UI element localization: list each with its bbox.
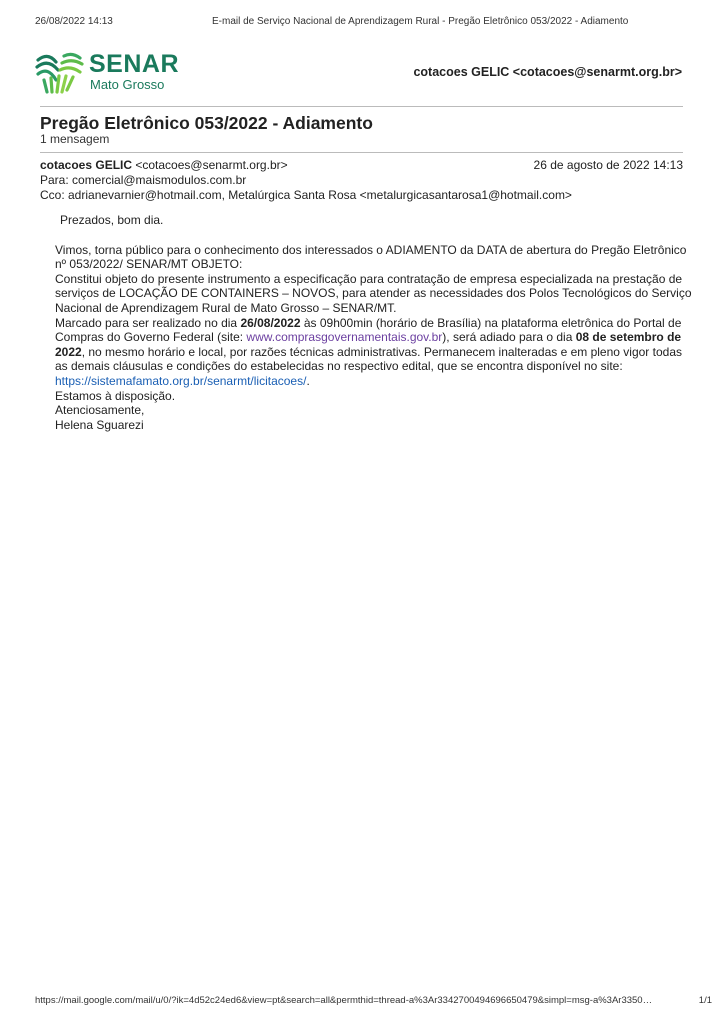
recipient-to: Para: comercial@maismodulos.com.br [40, 173, 683, 188]
text: Marcado para ser realizado no dia [55, 316, 240, 330]
senar-logo: SENAR Mato Grosso [34, 50, 174, 94]
text: ), será adiado para o dia [442, 330, 575, 344]
message-date: 26 de agosto de 2022 14:13 [534, 158, 683, 173]
text: , no mesmo horário e local, por razões t… [55, 345, 682, 374]
divider [40, 106, 683, 107]
signature: Helena Sguarezi [55, 418, 695, 433]
licitacoes-link[interactable]: https://sistemafamato.org.br/senarmt/lic… [55, 374, 306, 388]
print-date: 26/08/2022 14:13 [35, 16, 113, 27]
original-date: 26/08/2022 [240, 316, 300, 330]
greeting: Prezados, bom dia. [60, 213, 695, 228]
senar-leaf-logo-icon [34, 50, 86, 94]
logo-subtitle: Mato Grosso [90, 77, 164, 92]
message-header: cotacoes GELIC <cotacoes@senarmt.org.br>… [40, 158, 683, 203]
footer-url: https://mail.google.com/mail/u/0/?ik=4d5… [35, 995, 652, 1006]
message-count: 1 mensagem [40, 132, 109, 146]
closing-regards: Atenciosamente, [55, 403, 695, 418]
text: . [306, 374, 309, 388]
sender-name: cotacoes GELIC [40, 158, 132, 172]
print-title: E-mail de Serviço Nacional de Aprendizag… [212, 16, 628, 27]
recipient-bcc: Cco: adrianevarnier@hotmail.com, Metalúr… [40, 188, 683, 203]
account-email: cotacoes GELIC <cotacoes@senarmt.org.br> [413, 65, 682, 79]
closing-availability: Estamos à disposição. [55, 389, 695, 404]
thread-subject: Pregão Eletrônico 053/2022 - Adiamento [40, 113, 373, 134]
compras-governamentais-link[interactable]: www.comprasgovernamentais.gov.br [246, 330, 442, 344]
page-number: 1/1 [699, 995, 712, 1006]
print-footer: https://mail.google.com/mail/u/0/?ik=4d5… [35, 995, 695, 1006]
message-body: Prezados, bom dia. Vimos, torna público … [55, 213, 695, 432]
paragraph-announcement: Vimos, torna público para o conhecimento… [55, 243, 695, 272]
logo-brand: SENAR [89, 50, 179, 79]
sender-email: <cotacoes@senarmt.org.br> [132, 158, 288, 172]
divider [40, 152, 683, 153]
paragraph-object: Constitui objeto do presente instrumento… [55, 272, 695, 316]
paragraph-schedule: Marcado para ser realizado no dia 26/08/… [55, 316, 695, 389]
